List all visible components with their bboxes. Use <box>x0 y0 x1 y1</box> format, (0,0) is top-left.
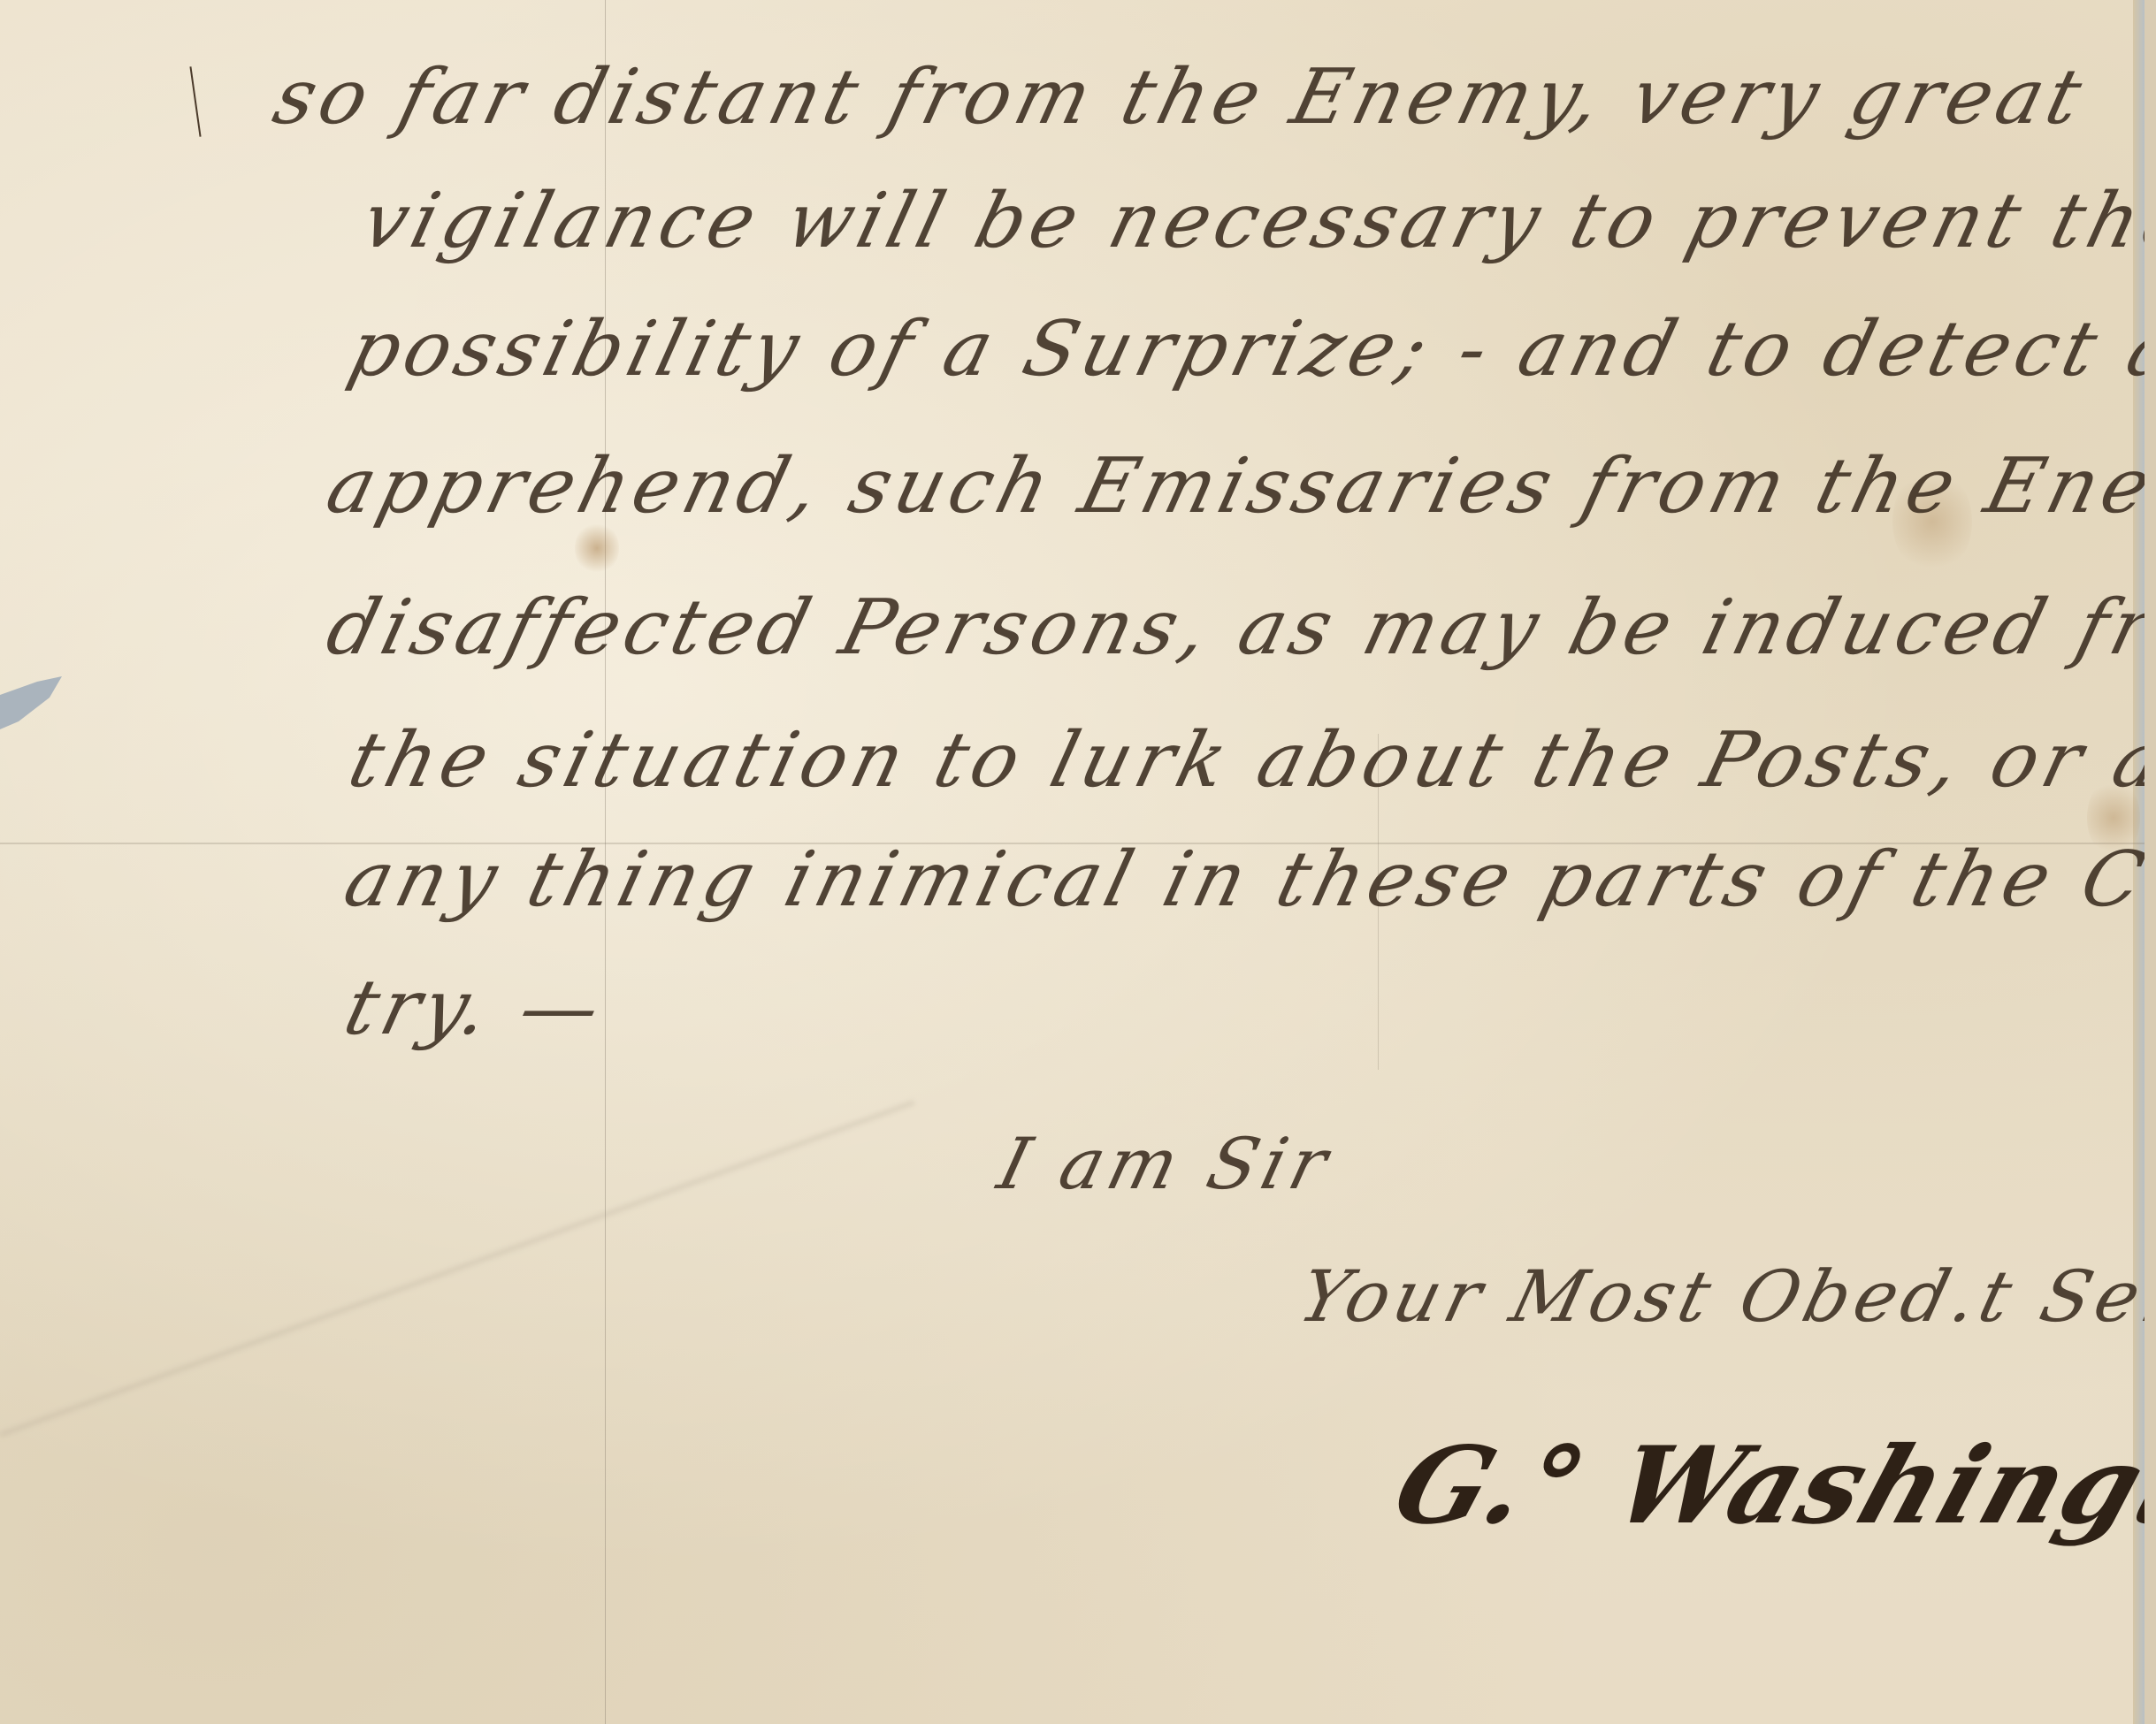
signature: G.° Washington <box>1380 1423 2145 1548</box>
body-line-5: disaffected Persons, as may be induced f… <box>318 584 2145 672</box>
margin-mark <box>189 66 201 136</box>
body-line-1: so far distant from the Enemy, very grea… <box>265 53 2095 141</box>
manuscript-page: so far distant from the Enemy, very grea… <box>0 0 2145 1724</box>
body-line-2: vigilance will be necessary to prevent t… <box>354 177 2145 265</box>
diagonal-crease <box>0 1100 915 1438</box>
body-line-7: any thing inimical in these parts of the… <box>336 835 2145 924</box>
closing-line-1: I am Sir <box>990 1123 1341 1205</box>
body-line-6: the situation to lurk about the Posts, o… <box>340 716 2145 805</box>
body-line-3: possibility of a Surprize; - and to dete… <box>340 305 2145 393</box>
paper-tear <box>0 676 62 729</box>
body-line-4: apprehend, such Emissaries from the Enem… <box>318 442 2145 530</box>
body-line-8: try. — <box>336 964 614 1052</box>
closing-line-2: Your Most Obed.t Serv.t <box>1291 1255 2145 1338</box>
